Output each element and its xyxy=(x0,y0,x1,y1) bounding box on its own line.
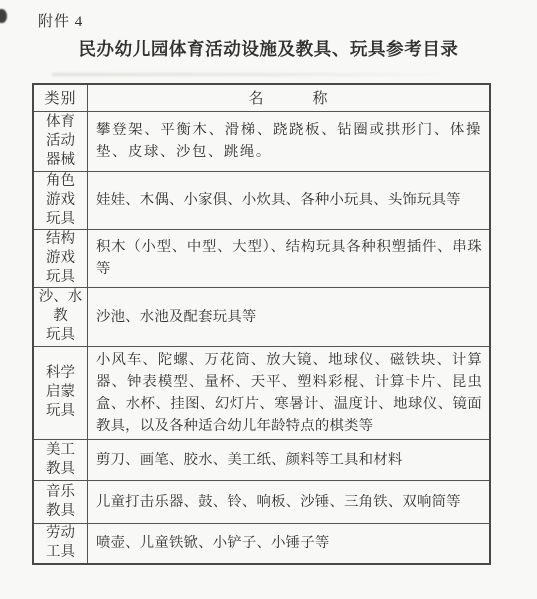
items-cell: 沙池、水池及配套玩具等 xyxy=(88,287,491,346)
category-cell: 科学 启蒙 玩具 xyxy=(33,346,88,439)
catalog-table-head: 类别 名 称 xyxy=(33,84,490,111)
items-cell: 小风车、陀螺、万花筒、放大镜、地球仪、磁铁块、计算器、钟表模型、量杯、天平、塑料… xyxy=(88,346,491,439)
table-row: 劳动 工具 喷壶、儿童铁锨、小铲子、小锤子等 xyxy=(33,523,490,564)
category-cell: 角色 游戏 玩具 xyxy=(33,171,88,229)
items-cell: 攀登架、平衡木、滑梯、跷跷板、钻圈或拱形门、体操垫、皮球、沙包、跳绳。 xyxy=(88,111,491,171)
items-cell: 娃娃、木偶、小家俱、小炊具、各种小玩具、头饰玩具等 xyxy=(88,171,491,229)
catalog-table: 类别 名 称 体育 活动 器械 攀登架、平衡木、滑梯、跷跷板、钻圈或拱形门、体操… xyxy=(32,83,491,565)
table-row: 沙、水 教 玩具 沙池、水池及配套玩具等 xyxy=(33,287,490,346)
items-cell: 喷壶、儿童铁锨、小铲子、小锤子等 xyxy=(88,523,491,564)
attachment-label: 附件 4 xyxy=(38,10,83,31)
category-cell: 沙、水 教 玩具 xyxy=(33,287,88,346)
table-row: 结构 游戏 玩具 积木（小型、中型、大型）、结构玩具各种积塑插件、串珠等 xyxy=(33,229,490,287)
items-cell: 儿童打击乐器、鼓、铃、响板、沙锤、三角铁、双响筒等 xyxy=(88,480,491,523)
category-cell: 体育 活动 器械 xyxy=(33,111,88,171)
header-cell-category: 类别 xyxy=(33,84,88,111)
category-cell: 美工 教具 xyxy=(33,439,88,480)
scan-artifact-blob xyxy=(0,9,7,23)
category-cell: 音乐 教具 xyxy=(33,480,88,523)
header-cell-name: 名 称 xyxy=(88,84,491,111)
catalog-table-body: 体育 活动 器械 攀登架、平衡木、滑梯、跷跷板、钻圈或拱形门、体操垫、皮球、沙包… xyxy=(33,111,490,564)
table-row: 角色 游戏 玩具 娃娃、木偶、小家俱、小炊具、各种小玩具、头饰玩具等 xyxy=(33,171,490,229)
scanned-document-page: 附件 4 民办幼儿园体育活动设施及教具、玩具参考目录 类别 名 称 体育 活动 … xyxy=(0,0,537,599)
items-cell: 积木（小型、中型、大型）、结构玩具各种积塑插件、串珠等 xyxy=(88,229,491,287)
table-row: 美工 教具 剪刀、画笔、胶水、美工纸、颜料等工具和材料 xyxy=(33,439,490,480)
table-row: 音乐 教具 儿童打击乐器、鼓、铃、响板、沙锤、三角铁、双响筒等 xyxy=(33,480,490,523)
page-title: 民办幼儿园体育活动设施及教具、玩具参考目录 xyxy=(0,36,537,61)
table-row: 体育 活动 器械 攀登架、平衡木、滑梯、跷跷板、钻圈或拱形门、体操垫、皮球、沙包… xyxy=(33,111,490,171)
category-cell: 结构 游戏 玩具 xyxy=(33,229,88,287)
header-row: 类别 名 称 xyxy=(33,84,490,111)
category-cell: 劳动 工具 xyxy=(33,523,88,564)
items-cell: 剪刀、画笔、胶水、美工纸、颜料等工具和材料 xyxy=(88,439,491,480)
table-row: 科学 启蒙 玩具 小风车、陀螺、万花筒、放大镜、地球仪、磁铁块、计算器、钟表模型… xyxy=(33,346,490,439)
scan-artifact-smudge xyxy=(52,73,452,76)
